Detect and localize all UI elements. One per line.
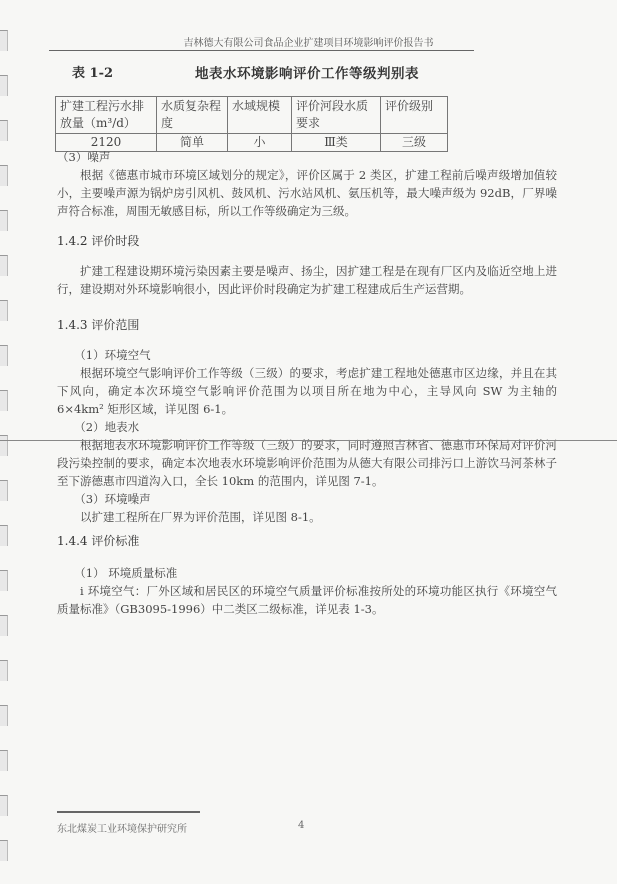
table-header-cell: 评价河段水质要求: [292, 97, 381, 134]
binding-edge: [0, 0, 8, 884]
section-143-body: （1）环境空气 根据环境空气影响评价工作等级（三级）的要求，考虑扩建工程地处德惠…: [57, 346, 557, 526]
header-rule: [49, 50, 474, 51]
footer-organization: 东北煤炭工业环境保护研究所: [57, 820, 187, 835]
subheading: （1）环境空气: [57, 346, 557, 364]
table-header-cell: 扩建工程污水排放量（m³/d）: [56, 97, 157, 134]
scan-line-artifact: [0, 440, 617, 441]
section-142-body: 扩建工程建设期环境污染因素主要是噪声、扬尘，因扩建工程是在现有厂区内及临近空地上…: [57, 262, 557, 298]
table-header-cell: 评价级别: [381, 97, 448, 134]
noise-grade-block: （3）噪声 根据《德惠市城市环境区域划分的规定》，评价区属于 2 类区，扩建工程…: [57, 148, 557, 220]
table-header-row: 扩建工程污水排放量（m³/d） 水质复杂程度 水域规模 评价河段水质要求 评价级…: [56, 97, 448, 134]
subheading: （3）环境噪声: [57, 490, 557, 508]
running-header: 吉林德大有限公司食品企业扩建项目环境影响评价报告书: [0, 34, 617, 49]
paragraph: 根据环境空气影响评价工作等级（三级）的要求，考虑扩建工程地处德惠市区边缘，并且在…: [57, 364, 557, 418]
subheading: （3）噪声: [57, 148, 557, 166]
paragraph: 以扩建工程所在厂界为评价范围，详见图 8-1。: [57, 508, 557, 526]
section-heading: 1.4.4 评价标准: [57, 532, 139, 549]
paragraph: 扩建工程建设期环境污染因素主要是噪声、扬尘，因扩建工程是在现有厂区内及临近空地上…: [57, 262, 557, 298]
grade-table: 扩建工程污水排放量（m³/d） 水质复杂程度 水域规模 评价河段水质要求 评价级…: [55, 96, 448, 152]
table-caption: 表 1-2: [72, 62, 113, 81]
paragraph: 根据地表水环境影响评价工作等级（三级）的要求，同时遵照吉林省、德惠市环保局对评价…: [57, 436, 557, 490]
section-heading: 1.4.3 评价范围: [57, 316, 139, 333]
footer-rule: [57, 811, 200, 813]
table-title: 地表水环境影响评价工作等级判别表: [195, 62, 419, 82]
paragraph: ⅰ 环境空气：厂外区域和居民区的环境空气质量评价标准按所处的环境功能区执行《环境…: [57, 582, 557, 618]
subheading: （2）地表水: [57, 418, 557, 436]
paragraph: 根据《德惠市城市环境区域划分的规定》，评价区属于 2 类区，扩建工程前后噪声级增…: [57, 166, 557, 220]
table-header-cell: 水域规模: [228, 97, 292, 134]
section-heading: 1.4.2 评价时段: [57, 232, 139, 249]
section-144-body: （1） 环境质量标准 ⅰ 环境空气：厂外区域和居民区的环境空气质量评价标准按所处…: [57, 564, 557, 618]
page-number: 4: [298, 820, 304, 831]
table-header-cell: 水质复杂程度: [157, 97, 228, 134]
subheading: （1） 环境质量标准: [57, 564, 557, 582]
